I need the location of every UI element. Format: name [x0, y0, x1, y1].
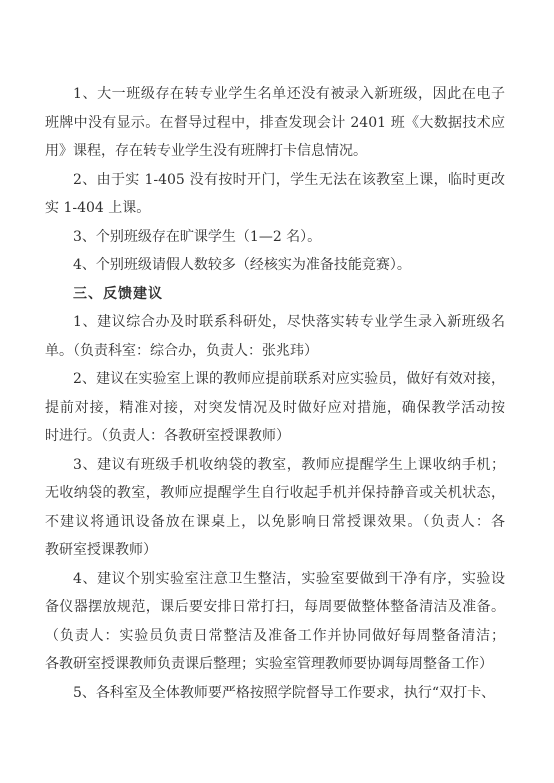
text-line: 无收纳袋的教室，教师应提醒学生自行收起手机并保持静音或关机状态，: [45, 479, 505, 508]
text-line: 4、个别班级请假人数较多（经核实为准备技能竞赛）。: [45, 251, 505, 280]
text-line: 实 1-404 上课。: [45, 194, 505, 223]
text-line: 1、建议综合办及时联系科研处，尽快落实转专业学生录入新班级名: [45, 308, 505, 337]
text-line: 教研室授课教师）: [45, 536, 505, 565]
paragraph: 5、各科室及全体教师要严格按照学院督导工作要求，执行“双打卡、: [45, 679, 505, 708]
text-line: 备仪器摆放规范，课后要安排日常打扫，每周要做整体整备清洁及准备。: [45, 593, 505, 622]
text-line: 班牌中没有显示。在督导过程中，排查发现会计 2401 班《大数据技术应: [45, 109, 505, 138]
paragraph: 4、建议个别实验室注意卫生整洁，实验室要做到干净有序，实验设备仪器摆放规范，课后…: [45, 565, 505, 679]
paragraph: 4、个别班级请假人数较多（经核实为准备技能竞赛）。: [45, 251, 505, 280]
text-line: 2、由于实 1-405 没有按时开门，学生无法在该教室上课，临时更改在: [45, 166, 505, 195]
text-line: （负责人：实验员负责日常整洁及准备工作并协同做好每周整备清洁；: [45, 622, 505, 651]
section-heading: 三、反馈建议: [45, 280, 505, 309]
paragraph: 3、建议有班级手机收纳袋的教室，教师应提醒学生上课收纳手机；无收纳袋的教室，教师…: [45, 451, 505, 565]
text-line: 用》课程，存在转专业学生没有班牌打卡信息情况。: [45, 137, 505, 166]
text-line: 三、反馈建议: [45, 280, 505, 309]
paragraph: 1、大一班级存在转专业学生名单还没有被录入新班级，因此在电子班牌中没有显示。在督…: [45, 80, 505, 166]
text-line: 3、个别班级存在旷课学生（1—2 名）。: [45, 223, 505, 252]
text-line: 5、各科室及全体教师要严格按照学院督导工作要求，执行“双打卡、: [45, 679, 505, 708]
text-line: 1、大一班级存在转专业学生名单还没有被录入新班级，因此在电子: [45, 80, 505, 109]
document-body: 1、大一班级存在转专业学生名单还没有被录入新班级，因此在电子班牌中没有显示。在督…: [45, 80, 505, 707]
text-line: 单。（负责科室：综合办，负责人：张兆玮）: [45, 337, 505, 366]
text-line: 时进行。（负责人：各教研室授课教师）: [45, 422, 505, 451]
text-line: 提前对接，精准对接，对突发情况及时做好应对措施，确保教学活动按: [45, 394, 505, 423]
document-page: 1、大一班级存在转专业学生名单还没有被录入新班级，因此在电子班牌中没有显示。在督…: [0, 0, 554, 783]
paragraph: 3、个别班级存在旷课学生（1—2 名）。: [45, 223, 505, 252]
text-line: 2、建议在实验室上课的教师应提前联系对应实验员，做好有效对接，: [45, 365, 505, 394]
text-line: 4、建议个别实验室注意卫生整洁，实验室要做到干净有序，实验设: [45, 565, 505, 594]
paragraph: 1、建议综合办及时联系科研处，尽快落实转专业学生录入新班级名单。（负责科室：综合…: [45, 308, 505, 365]
text-line: 3、建议有班级手机收纳袋的教室，教师应提醒学生上课收纳手机；: [45, 451, 505, 480]
paragraph: 2、建议在实验室上课的教师应提前联系对应实验员，做好有效对接，提前对接，精准对接…: [45, 365, 505, 451]
text-line: 各教研室授课教师负责课后整理；实验室管理教师要协调每周整备工作）: [45, 650, 505, 679]
paragraph: 2、由于实 1-405 没有按时开门，学生无法在该教室上课，临时更改在实 1-4…: [45, 166, 505, 223]
text-line: 不建议将通讯设备放在课桌上，以免影响日常授课效果。（负责人：各: [45, 508, 505, 537]
